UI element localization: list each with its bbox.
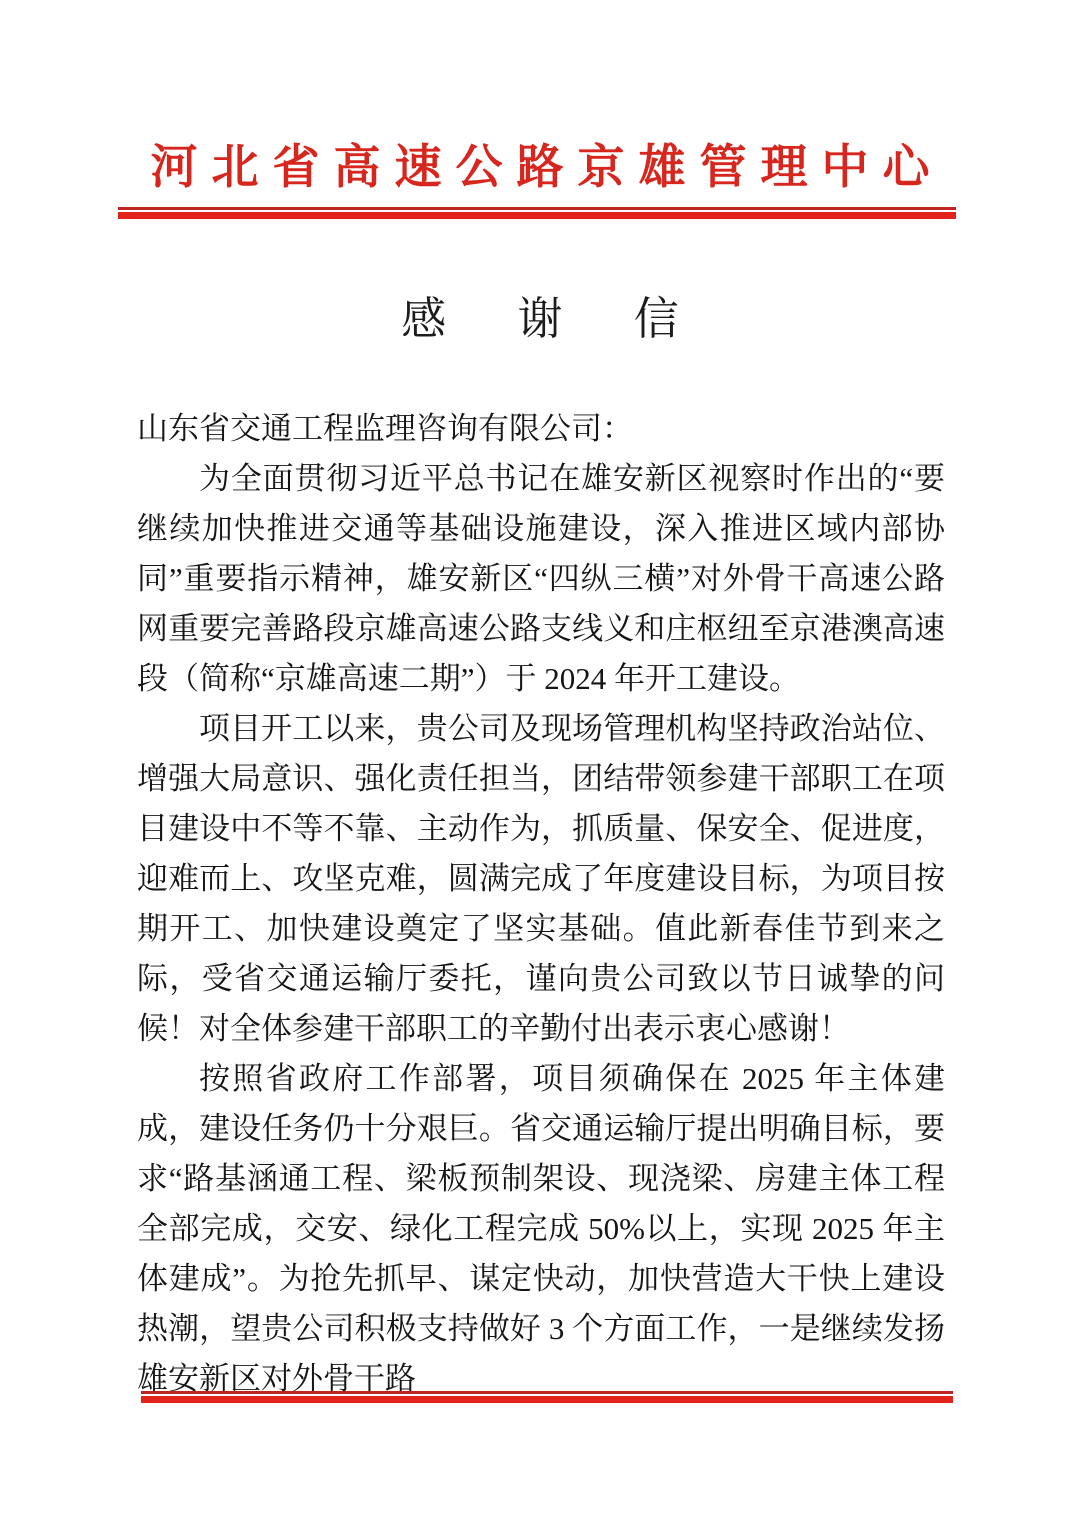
letterhead-org-name: 河北省高速公路京雄管理中心 [151, 138, 944, 199]
footer-divider [141, 1391, 953, 1403]
letter-title: 感 谢 信 [0, 292, 1080, 346]
body-paragraph-1: 为全面贯彻习近平总书记在雄安新区视察时作出的“要继续加快推进交通等基础设施建设，… [137, 454, 945, 704]
salutation: 山东省交通工程监理咨询有限公司： [137, 404, 945, 454]
body-paragraph-2: 项目开工以来，贵公司及现场管理机构坚持政治站位、增强大局意识、强化责任担当，团结… [137, 704, 945, 1054]
body-paragraph-3: 按照省政府工作部署，项目须确保在 2025 年主体建成，建设任务仍十分艰巨。省交… [137, 1054, 945, 1404]
letterhead: 河北省高速公路京雄管理中心 [110, 138, 970, 199]
letterhead-divider [118, 207, 956, 219]
footer-divider-thick-line [141, 1396, 953, 1403]
letter-page: 河北省高速公路京雄管理中心 感 谢 信 山东省交通工程监理咨询有限公司： 为全面… [0, 0, 1080, 1526]
letter-body: 山东省交通工程监理咨询有限公司： 为全面贯彻习近平总书记在雄安新区视察时作出的“… [137, 404, 945, 1404]
letterhead-divider-thick-line [118, 212, 956, 219]
